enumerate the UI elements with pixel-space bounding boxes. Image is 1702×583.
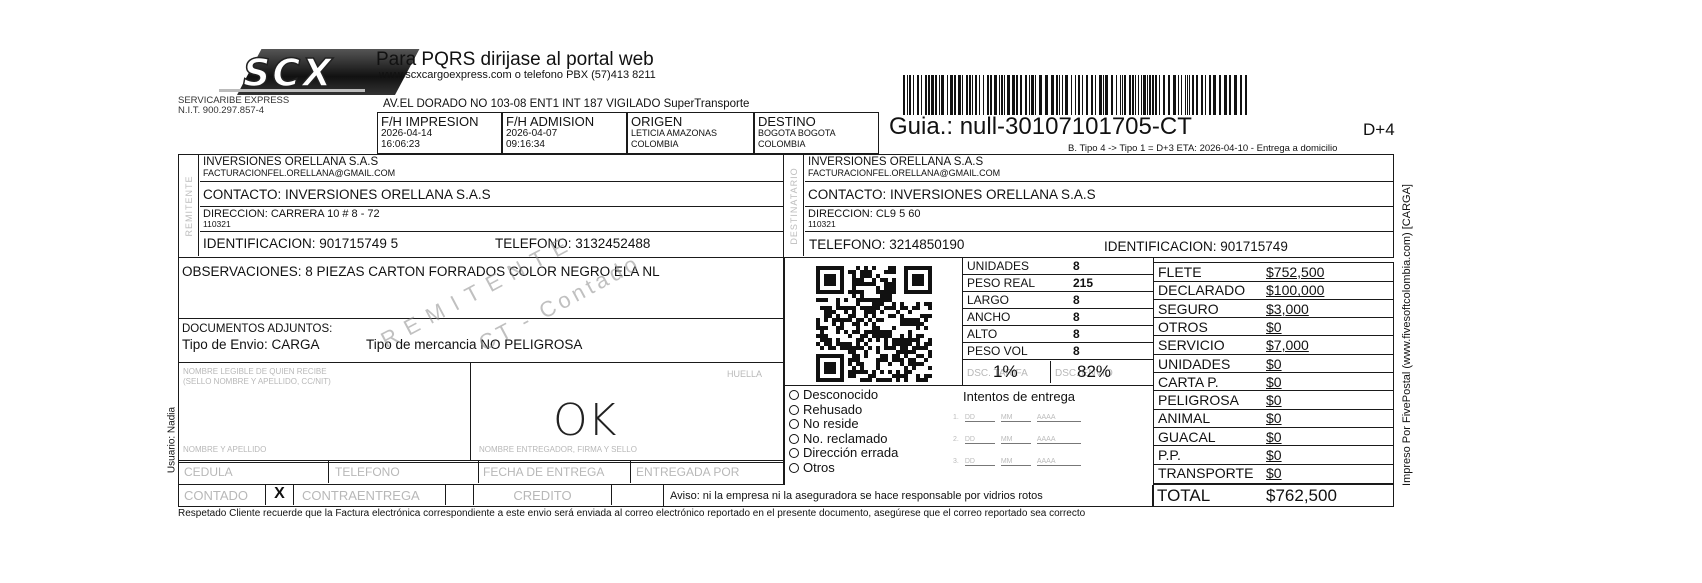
scx-logo: SCX xyxy=(213,49,371,95)
cost-value: $100,000 xyxy=(1266,282,1324,298)
measure-value: 8 xyxy=(1073,259,1080,273)
costs-table: FLETE$752,500DECLARADO$100,000SEGURO$3,0… xyxy=(1153,262,1394,484)
return-reason-option[interactable]: No reside xyxy=(789,417,898,432)
cost-label: P.P. xyxy=(1158,447,1181,463)
company-info: SERVICARIBE EXPRESS N.I.T. 900.297.857-4 xyxy=(178,96,289,116)
payment-contado[interactable]: CONTADO xyxy=(179,485,266,505)
measure-value: 8 xyxy=(1073,344,1080,358)
cost-value: $0 xyxy=(1266,465,1282,481)
radio-icon[interactable] xyxy=(789,434,799,444)
cost-value: $7,000 xyxy=(1266,337,1309,353)
cost-row: CARTA P.$0 xyxy=(1154,373,1393,392)
return-reason-label: Otros xyxy=(803,461,835,476)
notice-box: Aviso: ni la empresa ni la aseguradora s… xyxy=(663,485,1153,507)
receiver-name-footer: NOMBRE Y APELLIDO xyxy=(183,445,266,454)
credito-checkbox[interactable] xyxy=(612,485,642,505)
radio-icon[interactable] xyxy=(789,448,799,458)
total-row: TOTAL $762,500 xyxy=(1153,484,1394,507)
recipient-phone: TELEFONO: 3214850190 xyxy=(809,237,964,252)
contado-checkbox[interactable]: X xyxy=(266,485,294,505)
cost-value: $0 xyxy=(1266,447,1282,463)
print-date-box: F/H IMPRESION 2026-04-14 16:06:23 xyxy=(377,112,502,154)
company-address: AV.EL DORADO NO 103-08 ENT1 INT 187 VIGI… xyxy=(383,98,749,110)
cost-row: SERVICIO$7,000 xyxy=(1154,336,1393,355)
recipient-address: DIRECCION: CL9 5 60 xyxy=(808,209,1390,220)
cost-value: $0 xyxy=(1266,410,1282,426)
service-level: D+4 xyxy=(1363,120,1395,140)
return-reason-label: No reside xyxy=(803,417,859,432)
pqrs-subtitle: www.scxcargoexpress.com o telefono PBX (… xyxy=(379,69,656,81)
receiver-name-label: NOMBRE LEGIBLE DE QUIEN RECIBE xyxy=(183,367,327,376)
cost-label: PELIGROSA xyxy=(1158,392,1239,408)
measure-label: UNIDADES xyxy=(967,259,1029,273)
cost-label: DECLARADO xyxy=(1158,282,1245,298)
recipient-side-label: DESTINATARIO xyxy=(784,155,804,256)
recipient-identification: IDENTIFICACION: 901715749 xyxy=(1104,239,1288,254)
return-reason-label: No. reclamado xyxy=(803,432,888,447)
measure-row: LARGO8 xyxy=(963,292,1154,309)
cost-label: UNIDADES xyxy=(1158,356,1230,372)
measure-label: PESO REAL xyxy=(967,276,1035,290)
discount-rate-value: 1% xyxy=(993,362,1018,382)
qr-code xyxy=(816,266,932,382)
cost-row: GUACAL$0 xyxy=(1154,428,1393,447)
cost-value: $0 xyxy=(1266,319,1282,335)
return-section: DesconocidoRehusadoNo resideNo. reclamad… xyxy=(784,386,1154,485)
measure-row: ANCHO8 xyxy=(963,309,1154,326)
notice-text: Aviso: ni la empresa ni la aseguradora s… xyxy=(670,490,1043,502)
sender-side-label: REMITENTE xyxy=(179,155,199,256)
delivery-date-field[interactable]: FECHA DE ENTREGA xyxy=(479,461,631,483)
sender-contact: CONTACTO: INVERSIONES ORELLANA S.A.S xyxy=(200,182,783,207)
measure-row: PESO REAL215 xyxy=(963,275,1154,292)
attachments-label: DOCUMENTOS ADJUNTOS: xyxy=(182,323,332,335)
admission-date-box: F/H ADMISION 2026-04-07 09:16:34 xyxy=(502,112,627,154)
signature-section: NOMBRE LEGIBLE DE QUIEN RECIBE (SELLO NO… xyxy=(178,363,784,463)
cost-label: OTROS xyxy=(1158,319,1208,335)
payment-contraentrega[interactable]: CONTRAENTREGA xyxy=(294,485,446,505)
return-reason-option[interactable]: Otros xyxy=(789,461,898,476)
measure-value: 8 xyxy=(1073,310,1080,324)
receiver-sub-label: (SELLO NOMBRE Y APELLIDO, CC/NIT) xyxy=(183,377,331,386)
company-nit: N.I.T. 900.297.857-4 xyxy=(178,106,289,116)
recipient-zip: 110321 xyxy=(808,220,1390,229)
printed-by: Impreso Por FivePostal (www.fivesoftcolo… xyxy=(1397,160,1417,510)
deliverer-signature-label: NOMBRE ENTREGADOR, FIRMA Y SELLO xyxy=(479,445,637,454)
cost-row: P.P.$0 xyxy=(1154,446,1393,465)
attempt-row[interactable]: 1.DDMMAAAA xyxy=(953,414,1081,422)
payment-credito[interactable]: CREDITO xyxy=(474,485,612,505)
cost-value: $0 xyxy=(1266,356,1282,372)
cost-label: SEGURO xyxy=(1158,301,1219,317)
cost-row: UNIDADES$0 xyxy=(1154,355,1393,374)
shipment-type: Tipo de Envio: CARGA xyxy=(182,337,320,352)
return-reason-label: Rehusado xyxy=(803,403,862,418)
total-label: TOTAL xyxy=(1157,486,1210,506)
recipient-contact: CONTACTO: INVERSIONES ORELLANA S.A.S xyxy=(805,182,1393,207)
cost-label: TRANSPORTE xyxy=(1158,465,1253,481)
sender-section: REMITENTE INVERSIONES ORELLANA S.A.S FAC… xyxy=(178,154,784,258)
cost-label: CARTA P. xyxy=(1158,374,1219,390)
cost-label: FLETE xyxy=(1158,264,1202,280)
radio-icon[interactable] xyxy=(789,463,799,473)
measure-value: 8 xyxy=(1073,327,1080,341)
cost-row: DECLARADO$100,000 xyxy=(1154,281,1393,300)
attempt-row[interactable]: 2.DDMMAAAA xyxy=(953,436,1081,444)
recipient-email: FACTURACIONFEL.ORELLANA@GMAIL.COM xyxy=(808,168,1390,178)
discount-row: DSC. TARIFA1%DSC. ENVIO82% xyxy=(963,361,1154,383)
cedula-field[interactable]: CEDULA xyxy=(179,461,329,483)
cost-value: $0 xyxy=(1266,374,1282,390)
measure-label: PESO VOL xyxy=(967,344,1028,358)
sender-identification: IDENTIFICACION: 901715749 5 xyxy=(203,236,398,251)
delivery-attempts: 1.DDMMAAAA2.DDMMAAAA3.DDMMAAAA xyxy=(953,414,1081,480)
cost-value: $3,000 xyxy=(1266,301,1309,317)
attempt-row[interactable]: 3.DDMMAAAA xyxy=(953,458,1081,466)
recipient-section: DESTINATARIO INVERSIONES ORELLANA S.A.S … xyxy=(784,154,1394,258)
origin-box: ORIGEN LETICIA AMAZONAS COLOMBIA xyxy=(627,112,754,154)
cost-label: ANIMAL xyxy=(1158,410,1210,426)
huella-label: HUELLA xyxy=(727,369,762,379)
return-reason-label: Desconocido xyxy=(803,388,878,403)
handwritten-signature: OK xyxy=(553,395,617,446)
return-reason-label: Dirección errada xyxy=(803,446,898,461)
guia-number: Guia.: null-30107101705-CT xyxy=(889,113,1192,141)
return-reasons: DesconocidoRehusadoNo resideNo. reclamad… xyxy=(789,388,898,475)
route-info: B. Tipo 4 -> Tipo 1 = D+3 ETA: 2026-04-1… xyxy=(1068,143,1337,154)
cost-row: TRANSPORTE$0 xyxy=(1154,464,1393,483)
measure-row: PESO VOL8 xyxy=(963,343,1154,360)
footer-note: Respetado Cliente recuerde que la Factur… xyxy=(178,508,1085,519)
sender-email: FACTURACIONFEL.ORELLANA@GMAIL.COM xyxy=(203,168,780,178)
user-label: Usuario: Nadia xyxy=(163,400,181,480)
attempts-title: Intentos de entrega xyxy=(963,389,1075,404)
return-reason-option[interactable]: Dirección errada xyxy=(789,446,898,461)
discount-shipping-value: 82% xyxy=(1077,362,1111,382)
cost-label: GUACAL xyxy=(1158,429,1216,445)
barcode xyxy=(903,75,1250,115)
measure-row: UNIDADES8 xyxy=(963,258,1154,275)
cost-value: $752,500 xyxy=(1266,264,1324,280)
delivered-by-field[interactable]: ENTREGADA POR xyxy=(634,461,741,483)
cost-row: ANIMAL$0 xyxy=(1154,409,1393,428)
radio-icon[interactable] xyxy=(789,390,799,400)
measure-value: 8 xyxy=(1073,293,1080,307)
measure-label: LARGO xyxy=(967,293,1009,307)
return-reason-option[interactable]: Desconocido xyxy=(789,388,898,403)
cost-row: OTROS$0 xyxy=(1154,318,1393,337)
radio-icon[interactable] xyxy=(789,405,799,415)
sender-name: INVERSIONES ORELLANA S.A.S xyxy=(203,156,780,168)
cost-row: SEGURO$3,000 xyxy=(1154,300,1393,319)
measure-label: ALTO xyxy=(967,327,997,341)
cost-value: $0 xyxy=(1266,429,1282,445)
measure-value: 215 xyxy=(1073,276,1093,290)
cost-row: FLETE$752,500 xyxy=(1154,263,1393,282)
payment-row: CONTADO X CONTRAENTREGA CREDITO xyxy=(178,485,664,507)
delivery-info-row: CEDULA TELEFONO FECHA DE ENTREGA ENTREGA… xyxy=(178,460,784,485)
return-reason-option[interactable]: Rehusado xyxy=(789,403,898,418)
cost-row: PELIGROSA$0 xyxy=(1154,391,1393,410)
measure-row: ALTO8 xyxy=(963,326,1154,343)
return-reason-option[interactable]: No. reclamado xyxy=(789,432,898,447)
cost-label: SERVICIO xyxy=(1158,337,1225,353)
total-value: $762,500 xyxy=(1266,486,1337,506)
sender-address: DIRECCION: CARRERA 10 # 8 - 72 xyxy=(203,209,780,220)
destination-box: DESTINO BOGOTA BOGOTA COLOMBIA xyxy=(754,112,879,154)
recipient-name: INVERSIONES ORELLANA S.A.S xyxy=(808,156,1390,168)
contraentrega-checkbox[interactable] xyxy=(446,485,474,505)
phone-field[interactable]: TELEFONO xyxy=(329,461,479,483)
measure-label: ANCHO xyxy=(967,310,1010,324)
measures-table: UNIDADES8PESO REAL215LARGO8ANCHO8ALTO8PE… xyxy=(962,258,1154,385)
radio-icon[interactable] xyxy=(789,419,799,429)
cost-value: $0 xyxy=(1266,392,1282,408)
pqrs-title: Para PQRS dirijase al portal web xyxy=(376,49,654,71)
sender-zip: 110321 xyxy=(203,220,780,229)
